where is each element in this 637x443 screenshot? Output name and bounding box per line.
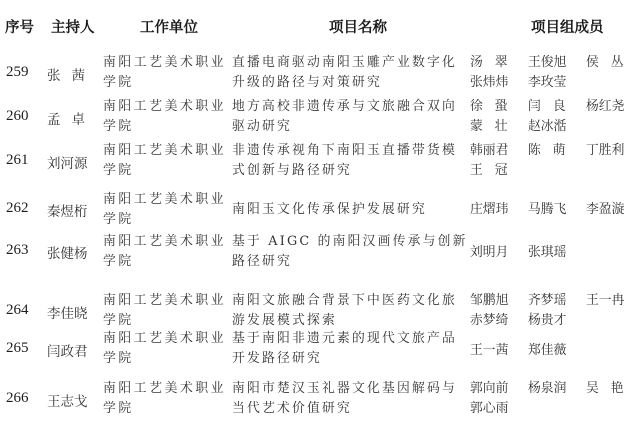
row-host: 王志戈 bbox=[47, 390, 97, 410]
row-unit: 南阳工艺美术职业学院 bbox=[103, 190, 227, 230]
row-unit: 南阳工艺美术职业学院 bbox=[103, 291, 227, 331]
member-name: 汤翠 bbox=[470, 53, 528, 73]
row-unit: 南阳工艺美术职业学院 bbox=[103, 97, 227, 137]
row-members: 邹鹏旭齐梦瑶王一冉赤梦绮杨贵才 bbox=[470, 291, 637, 331]
member-name: 郭向前 bbox=[470, 379, 528, 399]
member-name: 郭心雨 bbox=[470, 399, 528, 419]
member-name: 闫良 bbox=[528, 97, 586, 117]
row-project: 南阳文旅融合背景下中医药文化旅游发展模式探索 bbox=[232, 291, 468, 331]
row-seq: 264 bbox=[6, 302, 29, 319]
row-seq: 266 bbox=[6, 390, 29, 407]
row-unit: 南阳工艺美术职业学院 bbox=[103, 232, 227, 272]
member-name: 郑佳薇 bbox=[528, 341, 586, 361]
member-name: 王一茜 bbox=[470, 341, 528, 361]
member-name: 杨泉润 bbox=[528, 379, 586, 399]
member-name: 杨红尧 bbox=[586, 97, 636, 117]
table-row: 264李佳晓南阳工艺美术职业学院南阳文旅融合背景下中医药文化旅游发展模式探索邹鹏… bbox=[0, 283, 637, 327]
row-project: 南阳玉文化传承保护发展研究 bbox=[232, 200, 468, 220]
row-members: 刘明月张琪瑶 bbox=[470, 243, 637, 263]
row-host: 孟卓 bbox=[47, 108, 97, 128]
member-name: 丁胜利 bbox=[586, 141, 636, 161]
row-members: 王一茜郑佳薇 bbox=[470, 341, 637, 361]
member-name: 王俊旭 bbox=[528, 53, 586, 73]
row-members: 汤翠王俊旭侯丛张炜炜李玫莹 bbox=[470, 53, 637, 93]
row-members: 徐蛩闫良杨红尧蒙壮赵冰湉 bbox=[470, 97, 637, 137]
row-project: 非遗传承视角下南阳玉直播带货模式创新与路径研究 bbox=[232, 141, 468, 181]
row-host: 秦煜桁 bbox=[47, 200, 97, 220]
member-name: 齐梦瑶 bbox=[528, 291, 586, 311]
header-unit: 工作单位 bbox=[140, 16, 198, 37]
row-seq: 260 bbox=[6, 108, 29, 125]
member-name: 韩丽君 bbox=[470, 141, 528, 161]
table-row: 265闫政君南阳工艺美术职业学院基于南阳非遗元素的现代文旅产品开发路径研究王一茜… bbox=[0, 327, 637, 371]
row-seq: 262 bbox=[6, 200, 29, 217]
member-name: 张琪瑶 bbox=[528, 243, 586, 263]
row-seq: 259 bbox=[6, 64, 29, 81]
member-name: 李盈漩 bbox=[586, 200, 636, 220]
table-row: 266王志戈南阳工艺美术职业学院南阳市楚汉玉礼器文化基因解码与当代艺术价值研究郭… bbox=[0, 371, 637, 415]
member-name: 邹鹏旭 bbox=[470, 291, 528, 311]
row-host: 张茜 bbox=[47, 64, 97, 84]
member-name: 陈萌 bbox=[528, 141, 586, 161]
table-row: 262秦煜桁南阳工艺美术职业学院南阳玉文化传承保护发展研究庄熠玮马腾飞李盈漩 bbox=[0, 187, 637, 231]
row-unit: 南阳工艺美术职业学院 bbox=[103, 329, 227, 369]
row-unit: 南阳工艺美术职业学院 bbox=[103, 53, 227, 93]
member-name: 马腾飞 bbox=[528, 200, 586, 220]
row-members: 韩丽君陈萌丁胜利王冠 bbox=[470, 141, 637, 181]
row-project: 南阳市楚汉玉礼器文化基因解码与当代艺术价值研究 bbox=[232, 379, 468, 419]
table-row: 260孟卓南阳工艺美术职业学院地方高校非遗传承与文旅融合双向驱动研究徐蛩闫良杨红… bbox=[0, 89, 637, 133]
row-unit: 南阳工艺美术职业学院 bbox=[103, 379, 227, 419]
row-host: 张健杨 bbox=[47, 242, 97, 262]
row-seq: 261 bbox=[6, 152, 29, 169]
table-row: 263张健杨南阳工艺美术职业学院基于 AIGC 的南阳汉画传承与创新路径研究刘明… bbox=[0, 230, 637, 274]
row-project: 直播电商驱动南阳玉雕产业数字化升级的路径与对策研究 bbox=[232, 53, 468, 93]
row-host: 刘河源 bbox=[47, 152, 97, 172]
header-project: 项目名称 bbox=[329, 16, 387, 37]
row-project: 地方高校非遗传承与文旅融合双向驱动研究 bbox=[232, 97, 468, 137]
row-members: 郭向前杨泉润吴艳郭心雨 bbox=[470, 379, 637, 419]
member-name: 吴艳 bbox=[586, 379, 636, 399]
row-seq: 263 bbox=[6, 242, 29, 259]
header-members: 项目组成员 bbox=[531, 16, 604, 37]
row-seq: 265 bbox=[6, 340, 29, 357]
row-project: 基于 AIGC 的南阳汉画传承与创新路径研究 bbox=[232, 232, 468, 272]
table-row: 259张茜南阳工艺美术职业学院直播电商驱动南阳玉雕产业数字化升级的路径与对策研究… bbox=[0, 45, 637, 89]
table-row: 261刘河源南阳工艺美术职业学院非遗传承视角下南阳玉直播带货模式创新与路径研究韩… bbox=[0, 133, 637, 177]
member-name: 徐蛩 bbox=[470, 97, 528, 117]
row-unit: 南阳工艺美术职业学院 bbox=[103, 141, 227, 181]
member-name: 侯丛 bbox=[586, 53, 636, 73]
row-project: 基于南阳非遗元素的现代文旅产品开发路径研究 bbox=[232, 329, 468, 369]
member-name: 庄熠玮 bbox=[470, 200, 528, 220]
row-host: 闫政君 bbox=[47, 340, 97, 360]
member-name: 王一冉 bbox=[586, 291, 636, 311]
row-members: 庄熠玮马腾飞李盈漩 bbox=[470, 200, 637, 220]
header-seq: 序号 bbox=[5, 16, 34, 37]
member-name: 王冠 bbox=[470, 161, 528, 181]
header-host: 主持人 bbox=[51, 16, 95, 37]
member-name: 刘明月 bbox=[470, 243, 528, 263]
row-host: 李佳晓 bbox=[47, 302, 97, 322]
